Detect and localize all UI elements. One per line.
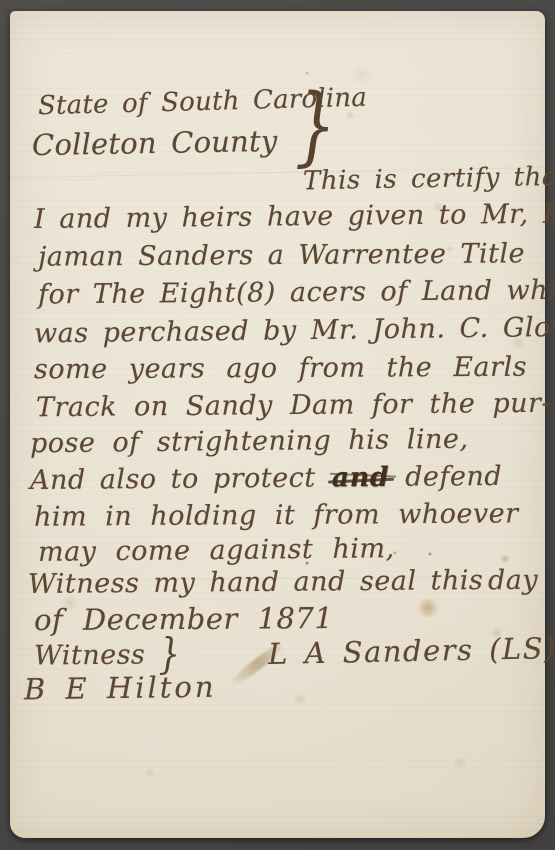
attestation-day-word: day xyxy=(488,567,539,595)
body-line: may come against him, xyxy=(38,535,395,566)
principal-signature: L A Sanders (LS) xyxy=(268,634,555,669)
witness-signature: B E Hilton xyxy=(24,673,217,705)
body-line: pose of strightening his line, xyxy=(30,426,469,458)
body-line-corrected: And also to protectanddefend xyxy=(30,463,502,494)
body-line: for The Eight(8) acers of Land which xyxy=(38,277,555,309)
header-brace: } xyxy=(295,83,336,169)
struck-word: and xyxy=(332,464,390,492)
date-line: of December 1871 xyxy=(34,604,334,635)
header-county-line: Colleton County xyxy=(32,127,278,160)
document-page: State of South Carolina Colleton County … xyxy=(10,11,545,838)
body-line: him in holding it from whoever xyxy=(34,500,519,530)
attestation-pre-text: Witness my hand and seal this xyxy=(28,565,484,600)
body-line: some years ago from the Earls xyxy=(34,354,527,384)
body-line: jaman Sanders a Warrentee Title xyxy=(38,240,525,270)
witness-label: Witness xyxy=(34,642,146,670)
corrected-post-text: defend xyxy=(405,461,502,493)
body-line: was perchased by Mr. John. C. Glover xyxy=(34,314,555,348)
witness-brace: } xyxy=(159,633,180,675)
scanner-background: State of South Carolina Colleton County … xyxy=(0,0,555,850)
attestation-line: Witness my hand and seal this xyxy=(28,567,484,598)
body-line: Track on Sandy Dam for the pur- xyxy=(36,390,551,421)
corrected-pre-text: And also to protect xyxy=(30,463,316,496)
body-line: I and my heirs have given to Mr, Ben- xyxy=(34,200,555,233)
opening-line: This is certify that xyxy=(303,164,555,195)
